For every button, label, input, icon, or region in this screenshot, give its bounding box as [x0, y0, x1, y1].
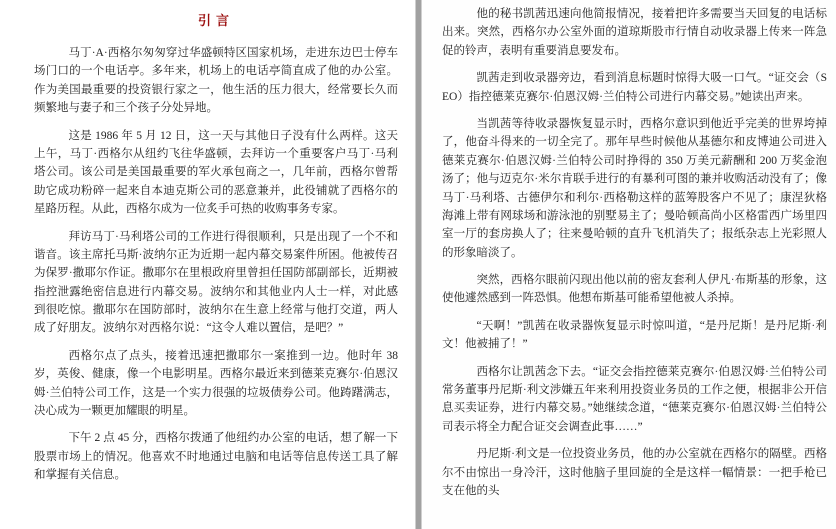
- page-right-body: 他的秘书凯茜迅速向他简报情况，接着把许多需要当天回复的电话标出来。突然，西格尔办…: [442, 5, 827, 500]
- chapter-title: 引言: [34, 10, 398, 29]
- paragraph: 突然，西格尔眼前闪现出他以前的密友套利人伊凡·布斯基的形象，这使他遽然感到一阵恐…: [442, 271, 827, 308]
- page-right: 他的秘书凯茜迅速向他简报情况，接着把许多需要当天回复的电话标出来。突然，西格尔办…: [422, 0, 836, 529]
- paragraph: 凯茜走到收录器旁边，看到消息标题时惊得大吸一口气。“证交会（SEO）指控德莱克赛…: [442, 69, 827, 106]
- paragraph: 丹尼斯·利文是一位投资业务员，他的办公室就在西格尔的隔壁。西格尔不由惊出一身冷汗…: [442, 445, 827, 500]
- paragraph: 西格尔点了点头，接着迅速把撒耶尔一案推到一边。他时年 38 岁，英俊、健康，像一…: [34, 347, 398, 421]
- paragraph: 下午 2 点 45 分，西格尔拨通了他纽约办公室的电话，想了解一下股票市场上的情…: [34, 429, 398, 484]
- page-left-body: 马丁·A·西格尔匆匆穿过华盛顿特区国家机场，走进东边巴士停车场门口的一个电话亭。…: [34, 44, 398, 485]
- book-spread: 引言 马丁·A·西格尔匆匆穿过华盛顿特区国家机场，走进东边巴士停车场门口的一个电…: [0, 0, 836, 529]
- paragraph: 他的秘书凯茜迅速向他简报情况，接着把许多需要当天回复的电话标出来。突然，西格尔办…: [442, 5, 827, 60]
- paragraph: 当凯茜等待收录器恢复显示时，西格尔意识到他近乎完美的世界垮掉了，他奋斗得来的一切…: [442, 115, 827, 262]
- paragraph: 拜访马丁·马利塔公司的工作进行得很顺利，只是出现了一个不和谐音。该主席托马斯·波…: [34, 228, 398, 338]
- paragraph: “天啊！”凯茜在收录器恢复显示时惊叫道，“是丹尼斯！是丹尼斯·利文！他被捕了！”: [442, 317, 827, 354]
- page-left: 引言 马丁·A·西格尔匆匆穿过华盛顿特区国家机场，走进东边巴士停车场门口的一个电…: [0, 0, 415, 529]
- paragraph: 马丁·A·西格尔匆匆穿过华盛顿特区国家机场，走进东边巴士停车场门口的一个电话亭。…: [34, 44, 398, 118]
- paragraph: 这是 1986 年 5 月 12 日，这一天与其他日子没有什么两样。这天上午，马…: [34, 127, 398, 219]
- page-divider: [415, 0, 422, 529]
- paragraph: 西格尔让凯茜念下去。“证交会指控德莱克赛尔·伯恩汉姆·兰伯特公司常务董事丹尼斯·…: [442, 363, 827, 437]
